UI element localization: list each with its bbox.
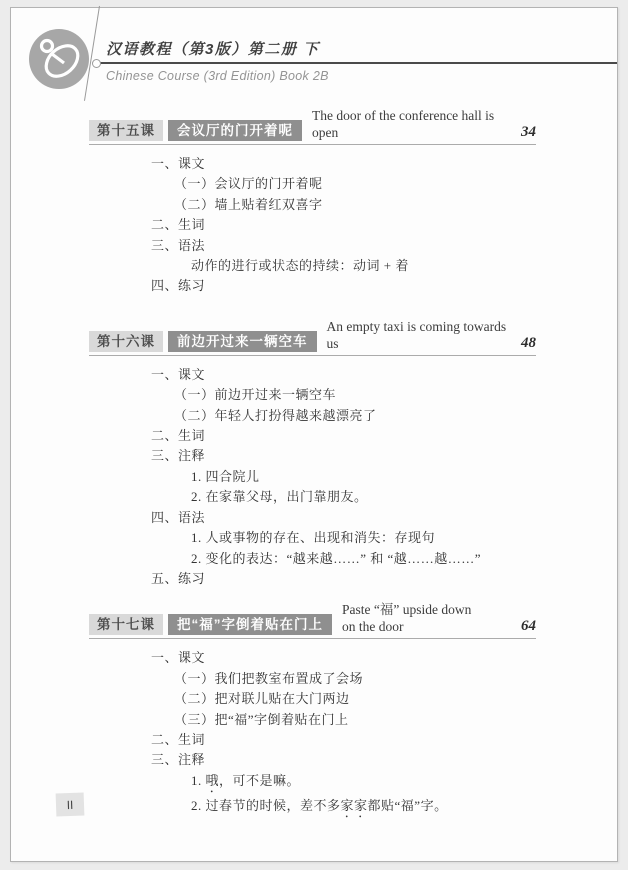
- table-of-contents: 第十五课 会议厅的门开着呢 The door of the conference…: [11, 107, 617, 821]
- toc-item: （一）我们把教室布置成了会场: [174, 669, 617, 689]
- lesson-title-en-line2: on the door: [342, 618, 515, 635]
- lesson-16-section: 第十六课 前边开过来一辆空车 An empty taxi is coming t…: [11, 318, 617, 589]
- lesson-page-number: 64: [521, 618, 536, 635]
- toc-item: （二）把对联儿贴在大门两边: [174, 689, 617, 709]
- lesson-page-number: 48: [521, 335, 536, 352]
- lesson-title-zh: 会议厅的门开着呢: [168, 120, 302, 141]
- toc-item: 三、语法: [151, 236, 617, 256]
- lesson-title-en: The door of the conference hall is open: [302, 107, 515, 141]
- lesson-17-section: 第十七课 把“福”字倒着贴在门上 Paste “福” upside downon…: [11, 601, 617, 820]
- toc-item: 二、生词: [151, 730, 617, 750]
- toc-item: 一、课文: [151, 648, 617, 668]
- lesson-15-header: 第十五课 会议厅的门开着呢 The door of the conference…: [89, 107, 536, 145]
- toc-item: 1. 哦，可不是嘛。: [191, 771, 617, 796]
- lesson-15-section: 第十五课 会议厅的门开着呢 The door of the conference…: [11, 107, 617, 297]
- toc-item: 三、注释: [151, 446, 617, 466]
- toc-item: 五、练习: [151, 569, 617, 589]
- lesson-15-items: 一、课文 （一）会议厅的门开着呢 （二）墙上贴着红双喜字 二、生词 三、语法 动…: [11, 154, 617, 297]
- toc-item: 二、生词: [151, 426, 617, 446]
- toc-item: 二、生词: [151, 215, 617, 235]
- decorative-node-circle: [92, 59, 101, 68]
- lesson-17-items: 一、课文 （一）我们把教室布置成了会场 （二）把对联儿贴在大门两边 （三）把“福…: [11, 648, 617, 820]
- publisher-mouse-logo-icon: [29, 29, 89, 89]
- lesson-16-header: 第十六课 前边开过来一辆空车 An empty taxi is coming t…: [89, 318, 536, 356]
- toc-item: 一、课文: [151, 365, 617, 385]
- page-header: 汉语教程（第3版）第二册 下 Chinese Course (3rd Editi…: [11, 8, 617, 100]
- toc-item: （三）把“福”字倒着贴在门上: [174, 710, 617, 730]
- lesson-number-badge: 第十六课: [89, 331, 163, 352]
- lesson-title-zh: 把“福”字倒着贴在门上: [168, 614, 332, 635]
- toc-item: 2. 变化的表达：“越来越……” 和 “越……越……”: [191, 549, 617, 569]
- toc-item: 2. 过春节的时候，差不多家家都贴“福”字。: [191, 796, 617, 821]
- toc-item: （一）会议厅的门开着呢: [174, 174, 617, 194]
- toc-item: 四、练习: [151, 276, 617, 296]
- book-title-zh: 汉语教程（第3版）第二册 下: [106, 38, 320, 59]
- toc-item: 一、课文: [151, 154, 617, 174]
- lesson-title-en-line1: Paste “福” upside down: [342, 601, 515, 618]
- folio-page-number: II: [56, 793, 85, 817]
- lesson-number-badge: 第十五课: [89, 120, 163, 141]
- toc-item: （一）前边开过来一辆空车: [174, 385, 617, 405]
- book-page: 汉语教程（第3版）第二册 下 Chinese Course (3rd Editi…: [10, 7, 618, 862]
- toc-item: （二）墙上贴着红双喜字: [174, 195, 617, 215]
- toc-item: 2. 在家靠父母，出门靠朋友。: [191, 487, 617, 507]
- toc-item: （二）年轻人打扮得越来越漂亮了: [174, 406, 617, 426]
- emphasized-text: 哦: [206, 773, 220, 788]
- emphasized-text: 家家: [341, 798, 368, 813]
- lesson-number-badge: 第十七课: [89, 614, 163, 635]
- lesson-16-items: 一、课文 （一）前边开过来一辆空车 （二）年轻人打扮得越来越漂亮了 二、生词 三…: [11, 365, 617, 589]
- toc-item: 1. 四合院儿: [191, 467, 617, 487]
- lesson-title-en: An empty taxi is coming towards us: [317, 318, 516, 352]
- toc-item: 四、语法: [151, 508, 617, 528]
- lesson-page-number: 34: [521, 124, 536, 141]
- toc-item: 三、注释: [151, 750, 617, 770]
- toc-item: 1. 人或事物的存在、出现和消失：存现句: [191, 528, 617, 548]
- toc-item: 动作的进行或状态的持续：动词 + 着: [191, 256, 617, 276]
- book-title-en: Chinese Course (3rd Edition) Book 2B: [106, 69, 329, 83]
- lesson-title-en: Paste “福” upside downon the door: [332, 601, 515, 635]
- header-rule: [96, 62, 617, 64]
- lesson-title-zh: 前边开过来一辆空车: [168, 331, 317, 352]
- lesson-17-header: 第十七课 把“福”字倒着贴在门上 Paste “福” upside downon…: [89, 601, 536, 639]
